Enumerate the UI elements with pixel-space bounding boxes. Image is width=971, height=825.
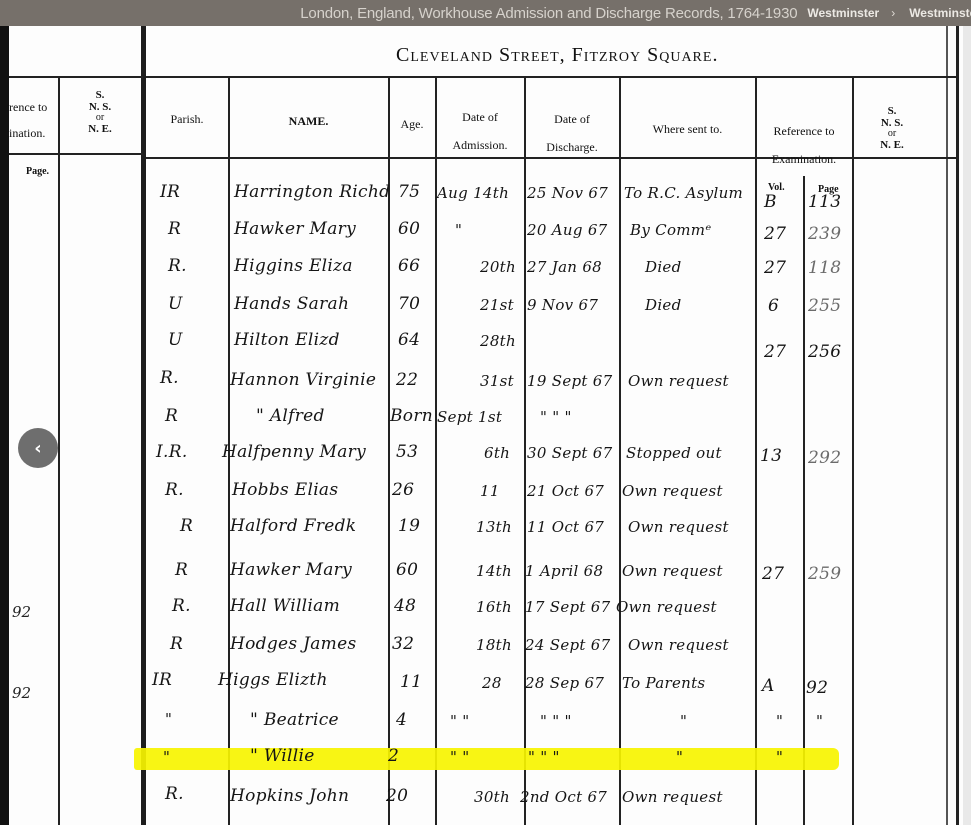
cell-vol: 6: [768, 296, 779, 316]
cell-page: 259: [808, 564, 841, 584]
cell-name: Hopkins John: [230, 786, 349, 806]
cell-where-sent: Own request: [628, 372, 729, 390]
cell-age: 70: [398, 294, 420, 314]
cell-discharge: 21 Oct 67: [527, 482, 604, 500]
cell-parish: R: [168, 219, 181, 239]
cell-parish: R: [180, 516, 193, 536]
cell-name: Harrington Richd: [234, 182, 390, 202]
cell-discharge: 27 Jan 68: [527, 258, 602, 276]
cell-discharge: 30 Sept 67: [527, 444, 613, 462]
col-rule-sns: [852, 77, 854, 825]
col-rule-where: [619, 77, 621, 825]
page-gutter: [141, 26, 146, 825]
cell-discharge: 9 Nov 67: [527, 296, 598, 314]
collection-title[interactable]: London, England, Workhouse Admission and…: [300, 5, 797, 22]
header-name: NAME.: [229, 114, 388, 129]
left-column-rule: [58, 77, 60, 825]
cell-admission: 20th: [480, 258, 516, 276]
header-parish: Parish.: [146, 112, 228, 127]
cell-admission: " ": [450, 712, 469, 730]
col-rule-discharge: [524, 77, 526, 825]
cell-age: 66: [398, 256, 420, 276]
cell-parish: R.: [160, 368, 179, 388]
cell-where-sent: Own request: [622, 562, 723, 580]
cell-admission: 18th: [476, 636, 512, 654]
cell-discharge: 1 April 68: [525, 562, 603, 580]
left-header-bottom-rule: [9, 153, 143, 155]
chevron-left-icon: ‹: [34, 438, 41, 459]
cell-admission: 14th: [476, 562, 512, 580]
cell-discharge: " " ": [540, 712, 572, 730]
cell-parish: R.: [165, 480, 184, 500]
left-header-top-rule: [9, 76, 143, 78]
cell-age: 53: [396, 442, 418, 462]
cell-admission: 16th: [476, 598, 512, 616]
cell-vol: 27: [764, 224, 786, 244]
breadcrumb-chevron-icon: ›: [891, 6, 895, 20]
cell-parish: ": [165, 710, 172, 728]
cell-parish: U: [168, 330, 183, 350]
cell-parish: R: [170, 634, 183, 654]
cell-where-sent: ": [676, 748, 683, 766]
cell-name: Higgins Eliza: [234, 256, 353, 276]
header-where-sent: Where sent to.: [620, 122, 755, 137]
cell-vol: ": [776, 748, 783, 766]
cell-name: Hilton Elizd: [234, 330, 340, 350]
header-discharge: Date of Discharge.: [525, 106, 619, 161]
cell-vol: A: [762, 676, 775, 696]
breadcrumb-westminster-2[interactable]: Westminster: [909, 6, 971, 20]
cell-age: 60: [398, 219, 420, 239]
cell-name: Higgs Elizth: [218, 670, 328, 690]
cell-page: 92: [806, 678, 828, 698]
cell-discharge: 25 Nov 67: [527, 184, 608, 202]
cell-vol: 27: [764, 258, 786, 278]
cell-where-sent: Own request: [628, 636, 729, 654]
cell-where-sent: Own request: [616, 598, 717, 616]
breadcrumb-westminster[interactable]: Westminster: [807, 6, 879, 20]
cell-name: Halfpenny Mary: [222, 442, 366, 462]
cell-parish: I.R.: [156, 442, 188, 462]
cell-where-sent: ": [680, 712, 687, 730]
cell-where-sent: To R.C. Asylum: [624, 184, 743, 202]
cell-discharge: 19 Sept 67: [527, 372, 613, 390]
cell-page: 256: [808, 342, 841, 362]
cell-where-sent: Stopped out: [626, 444, 722, 462]
cell-name: Hodges James: [230, 634, 356, 654]
cell-discharge: 2nd Oct 67: [520, 788, 607, 806]
cell-admission: ": [455, 221, 462, 239]
cell-page: 239: [808, 224, 841, 244]
cell-page: 292: [808, 448, 841, 468]
cell-parish: R: [165, 406, 178, 426]
cell-parish: R.: [168, 256, 187, 276]
cell-parish: R: [175, 560, 188, 580]
cell-age: 4: [396, 710, 407, 730]
cell-name: Hall William: [230, 596, 340, 616]
cell-age: 26: [392, 480, 414, 500]
cell-admission: 6th: [484, 444, 510, 462]
cell-age: 64: [398, 330, 420, 350]
col-rule-ref: [755, 77, 757, 825]
cell-admission: 21st: [480, 296, 514, 314]
header-admission: Date of Admission.: [436, 104, 524, 159]
cell-admission: 28: [482, 674, 502, 692]
cell-age: 60: [396, 560, 418, 580]
cell-where-sent: Own request: [628, 518, 729, 536]
page-edge-right: [946, 26, 948, 825]
page-edge-right-light: [963, 26, 971, 825]
cell-age: 48: [394, 596, 416, 616]
cell-name: Hawker Mary: [234, 219, 356, 239]
cell-admission: Aug 14th: [437, 184, 509, 202]
cell-age: 75: [398, 182, 420, 202]
cell-vol: 27: [764, 342, 786, 362]
cell-vol: 13: [760, 446, 782, 466]
left-reference-header: rence toination.: [9, 94, 57, 147]
cell-parish: R.: [172, 596, 191, 616]
cell-parish: ": [163, 748, 170, 766]
cell-name: Hawker Mary: [230, 560, 352, 580]
cell-page: 113: [808, 192, 841, 212]
page-edge-left: [0, 26, 9, 825]
cell-age: Born: [390, 406, 433, 426]
cell-where-sent: Own request: [622, 482, 723, 500]
cell-discharge: 24 Sept 67: [525, 636, 611, 654]
cell-age: 2: [388, 746, 399, 766]
header-age: Age.: [389, 117, 435, 132]
cell-parish: IR: [152, 670, 172, 690]
document-image-viewer[interactable]: Cleveland Street, Fitzroy Square. rence …: [0, 26, 971, 825]
cell-name: Hands Sarah: [234, 294, 349, 314]
cell-name: " Beatrice: [250, 710, 339, 730]
cell-admission: 13th: [476, 518, 512, 536]
header-sns: S. N. S. or N. E.: [853, 106, 931, 151]
cell-name: Halford Fredk: [230, 516, 356, 536]
left-fragment-mark: 92: [12, 684, 31, 702]
cell-discharge: " " ": [528, 748, 560, 766]
cell-page: 255: [808, 296, 841, 316]
cell-age: 19: [398, 516, 420, 536]
cell-where-sent: Own request: [622, 788, 723, 806]
cell-page: ": [816, 712, 823, 730]
collection-header-bar: London, England, Workhouse Admission and…: [0, 0, 971, 26]
cell-where-sent: To Parents: [622, 674, 705, 692]
cell-admission: 30th: [474, 788, 510, 806]
cell-age: 22: [396, 370, 418, 390]
cell-parish: IR: [160, 182, 180, 202]
cell-admission: " ": [450, 748, 469, 766]
cell-vol: B: [764, 192, 777, 212]
cell-name: " Willie: [250, 746, 315, 766]
cell-age: 32: [392, 634, 414, 654]
cell-discharge: " " ": [540, 408, 572, 426]
cell-name: Hobbs Elias: [232, 480, 338, 500]
cell-age: 11: [400, 672, 422, 692]
cell-admission: 11: [480, 482, 500, 500]
cell-admission: 31st: [480, 372, 514, 390]
cell-discharge: 28 Sep 67: [525, 674, 604, 692]
page-edge-right-dark: [956, 26, 959, 825]
cell-admission: Sept 1st: [437, 408, 502, 426]
cell-name: " Alfred: [256, 406, 325, 426]
record-highlight: [134, 748, 839, 770]
cell-page: 118: [808, 258, 841, 278]
cell-discharge: 11 Oct 67: [527, 518, 604, 536]
cell-where-sent: Died: [645, 258, 682, 276]
cell-name: Hannon Virginie: [230, 370, 376, 390]
cell-parish: R.: [165, 784, 184, 804]
table-top-rule: [146, 76, 956, 78]
cell-vol: ": [776, 712, 783, 730]
left-sns-header: S. N. S. or N. E.: [64, 90, 136, 135]
cell-age: 20: [386, 786, 408, 806]
left-fragment-mark: 92: [12, 603, 31, 621]
cell-vol: 27: [762, 564, 784, 584]
cell-admission: 28th: [480, 332, 516, 350]
left-page-label: Page.: [26, 166, 49, 179]
previous-image-button[interactable]: ‹: [18, 428, 58, 468]
header-reference: Reference to Examination.: [756, 118, 852, 173]
cell-where-sent: Died: [645, 296, 682, 314]
col-rule-ref-page: [803, 176, 805, 825]
register-title: Cleveland Street, Fitzroy Square.: [396, 44, 718, 67]
cell-discharge: 20 Aug 67: [527, 221, 608, 239]
cell-parish: U: [168, 294, 183, 314]
cell-discharge: 17 Sept 67: [525, 598, 611, 616]
cell-where-sent: By Commᵉ: [630, 221, 711, 239]
